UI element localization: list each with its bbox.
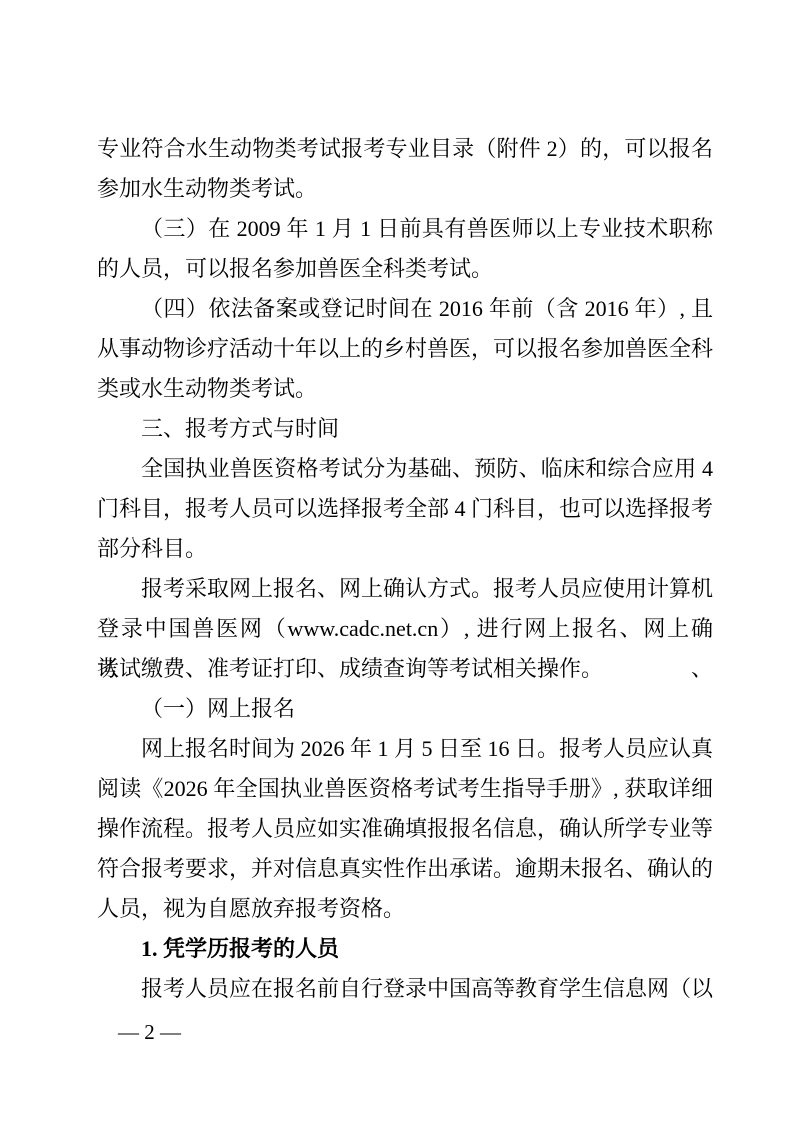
- text-line: 门科目，报考人员可以选择报考全部 4 门科目，也可以选择报考: [97, 489, 713, 529]
- text-line: 专业符合水生动物类考试报考专业目录（附件 2）的，可以报名: [97, 129, 713, 169]
- document-page: 专业符合水生动物类考试报考专业目录（附件 2）的，可以报名 参加水生动物类考试。…: [0, 0, 793, 1122]
- text-line: 参加水生动物类考试。: [97, 169, 713, 209]
- text-line: 部分科目。: [97, 529, 713, 569]
- text-line: 网上报名时间为 2026 年 1 月 5 日至 16 日。报考人员应认真: [97, 729, 713, 769]
- text-line: 报考人员应在报名前自行登录中国高等教育学生信息网（以: [97, 969, 713, 1009]
- text-line: 操作流程。报考人员应如实准确填报报名信息，确认所学专业等: [97, 809, 713, 849]
- subsection-heading: （一）网上报名: [97, 689, 713, 729]
- page-number: — 2 —: [118, 1012, 181, 1052]
- text-line: （三）在 2009 年 1 月 1 日前具有兽医师以上专业技术职称: [97, 209, 713, 249]
- text-line: 全国执业兽医资格考试分为基础、预防、临床和综合应用 4: [97, 449, 713, 489]
- text-line: （四）依法备案或登记时间在 2016 年前（含 2016 年）, 且: [97, 289, 713, 329]
- document-body: 专业符合水生动物类考试报考专业目录（附件 2）的，可以报名 参加水生动物类考试。…: [97, 129, 713, 1009]
- text-line: 阅读《2026 年全国执业兽医资格考试考生指导手册》, 获取详细: [97, 769, 713, 809]
- text-line: 登录中国兽医网（www.cadc.net.cn）, 进行网上报名、网上确认、: [97, 609, 713, 649]
- text-line: 从事动物诊疗活动十年以上的乡村兽医，可以报名参加兽医全科: [97, 329, 713, 369]
- numbered-subheading: 1. 凭学历报考的人员: [97, 929, 713, 969]
- text-line: 的人员，可以报名参加兽医全科类考试。: [97, 249, 713, 289]
- text-line: 类或水生动物类考试。: [97, 369, 713, 409]
- section-heading: 三、报考方式与时间: [97, 409, 713, 449]
- text-line: 报考采取网上报名、网上确认方式。报考人员应使用计算机: [97, 569, 713, 609]
- text-line: 人员，视为自愿放弃报考资格。: [97, 889, 713, 929]
- text-line: 符合报考要求，并对信息真实性作出承诺。逾期未报名、确认的: [97, 849, 713, 889]
